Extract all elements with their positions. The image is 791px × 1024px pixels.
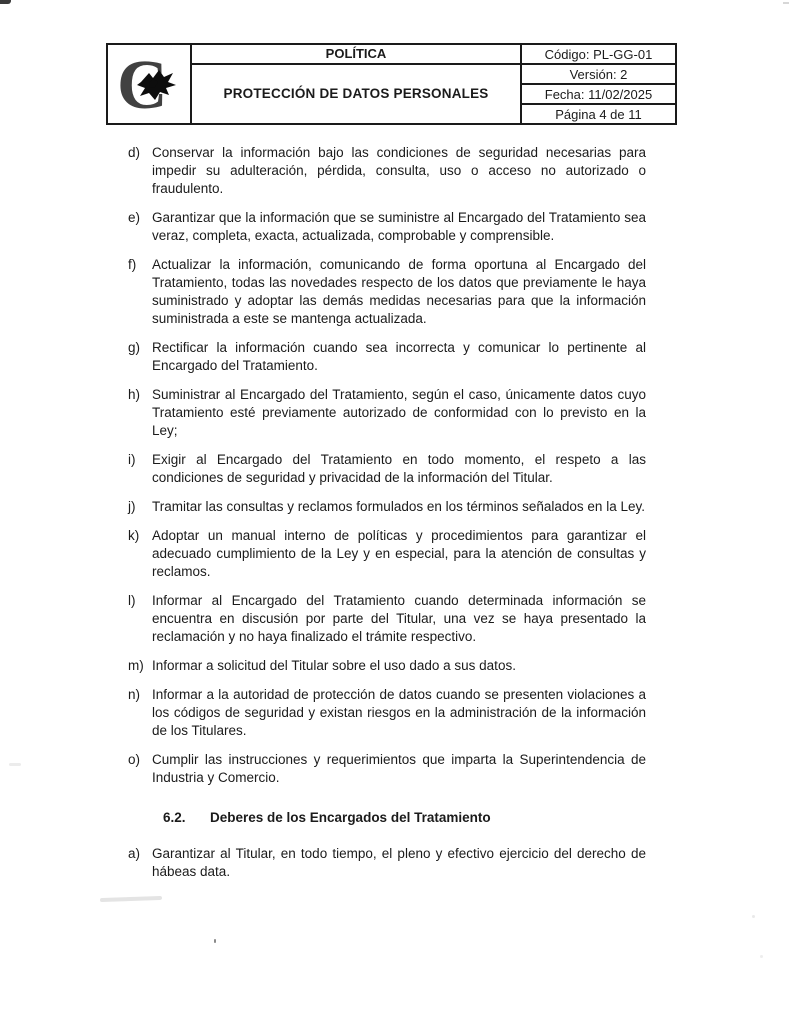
scan-artifact-smudge (100, 896, 162, 902)
list-item-text: Informar a solicitud del Titular sobre e… (152, 657, 646, 675)
list-item-f: f) Actualizar la información, comunicand… (128, 256, 646, 328)
list-item-text: Tramitar las consultas y reclamos formul… (152, 498, 646, 516)
document-type: POLÍTICA (192, 45, 520, 65)
list-item-o: o) Cumplir las instrucciones y requerimi… (128, 751, 646, 787)
scan-artifact-corner (0, 0, 11, 4)
document-date: Fecha: 11/02/2025 (522, 85, 675, 105)
list-item-h: h) Suministrar al Encargado del Tratamie… (128, 386, 646, 440)
list-item-text: Adoptar un manual interno de políticas y… (152, 527, 646, 581)
list-item-k: k) Adoptar un manual interno de política… (128, 527, 646, 581)
list-item-letter: n) (128, 686, 152, 740)
list-item-text: Suministrar al Encargado del Tratamiento… (152, 386, 646, 440)
list-item-letter: k) (128, 527, 152, 581)
section-heading-6-2: 6.2. Deberes de los Encargados del Trata… (163, 809, 646, 827)
list-item-m: m) Informar a solicitud del Titular sobr… (128, 657, 646, 675)
list-item-text: Garantizar al Titular, en todo tiempo, e… (152, 845, 646, 881)
list-item-text: Garantizar que la información que se sum… (152, 209, 646, 245)
list-item-l: l) Informar al Encargado del Tratamiento… (128, 592, 646, 646)
list-item-text: Informar al Encargado del Tratamiento cu… (152, 592, 646, 646)
list-item-d: d) Conservar la información bajo las con… (128, 144, 646, 198)
scan-artifact-speck (752, 915, 755, 918)
list-item-letter: i) (128, 451, 152, 487)
header-middle-column: POLÍTICA PROTECCIÓN DE DATOS PERSONALES (192, 45, 520, 123)
list-item-text: Exigir al Encargado del Tratamiento en t… (152, 451, 646, 487)
header-meta-column: Código: PL-GG-01 Versión: 2 Fecha: 11/02… (520, 45, 675, 123)
list-item-letter: d) (128, 144, 152, 198)
document-code: Código: PL-GG-01 (522, 45, 675, 65)
list-item-g: g) Rectificar la información cuando sea … (128, 339, 646, 375)
list-item-letter: f) (128, 256, 152, 328)
document-page-number: Página 4 de 11 (522, 105, 675, 123)
list-item-letter: m) (128, 657, 152, 675)
list-item-letter: h) (128, 386, 152, 440)
list-item-e: e) Garantizar que la información que se … (128, 209, 646, 245)
section-number: 6.2. (163, 809, 210, 827)
logo-cell: C (108, 45, 192, 123)
scan-artifact-dot (214, 939, 216, 943)
list-item-text: Conservar la información bajo las condic… (152, 144, 646, 198)
list-item-letter: e) (128, 209, 152, 245)
company-c-logo-icon: C (119, 52, 179, 116)
scan-artifact-corner-right (783, 2, 789, 4)
list-item-a: a) Garantizar al Titular, en todo tiempo… (128, 845, 646, 881)
list-item-letter: l) (128, 592, 152, 646)
list-item-j: j) Tramitar las consultas y reclamos for… (128, 498, 646, 516)
list-item-text: Actualizar la información, comunicando d… (152, 256, 646, 328)
list-item-i: i) Exigir al Encargado del Tratamiento e… (128, 451, 646, 487)
list-item-text: Cumplir las instrucciones y requerimient… (152, 751, 646, 787)
list-item-n: n) Informar a la autoridad de protección… (128, 686, 646, 740)
list-item-letter: a) (128, 845, 152, 881)
document-version: Versión: 2 (522, 65, 675, 85)
document-body: d) Conservar la información bajo las con… (128, 144, 646, 892)
list-item-text: Rectificar la información cuando sea inc… (152, 339, 646, 375)
scan-artifact-speck (760, 955, 763, 958)
scan-artifact-dash (9, 763, 21, 766)
list-item-letter: g) (128, 339, 152, 375)
list-item-letter: o) (128, 751, 152, 787)
list-item-text: Informar a la autoridad de protección de… (152, 686, 646, 740)
document-title: PROTECCIÓN DE DATOS PERSONALES (192, 65, 520, 124)
document-page: C POLÍTICA PROTECCIÓN DE DATOS PERSONALE… (0, 0, 791, 1024)
document-header-table: C POLÍTICA PROTECCIÓN DE DATOS PERSONALE… (106, 43, 677, 125)
list-item-letter: j) (128, 498, 152, 516)
section-title: Deberes de los Encargados del Tratamient… (210, 809, 491, 827)
